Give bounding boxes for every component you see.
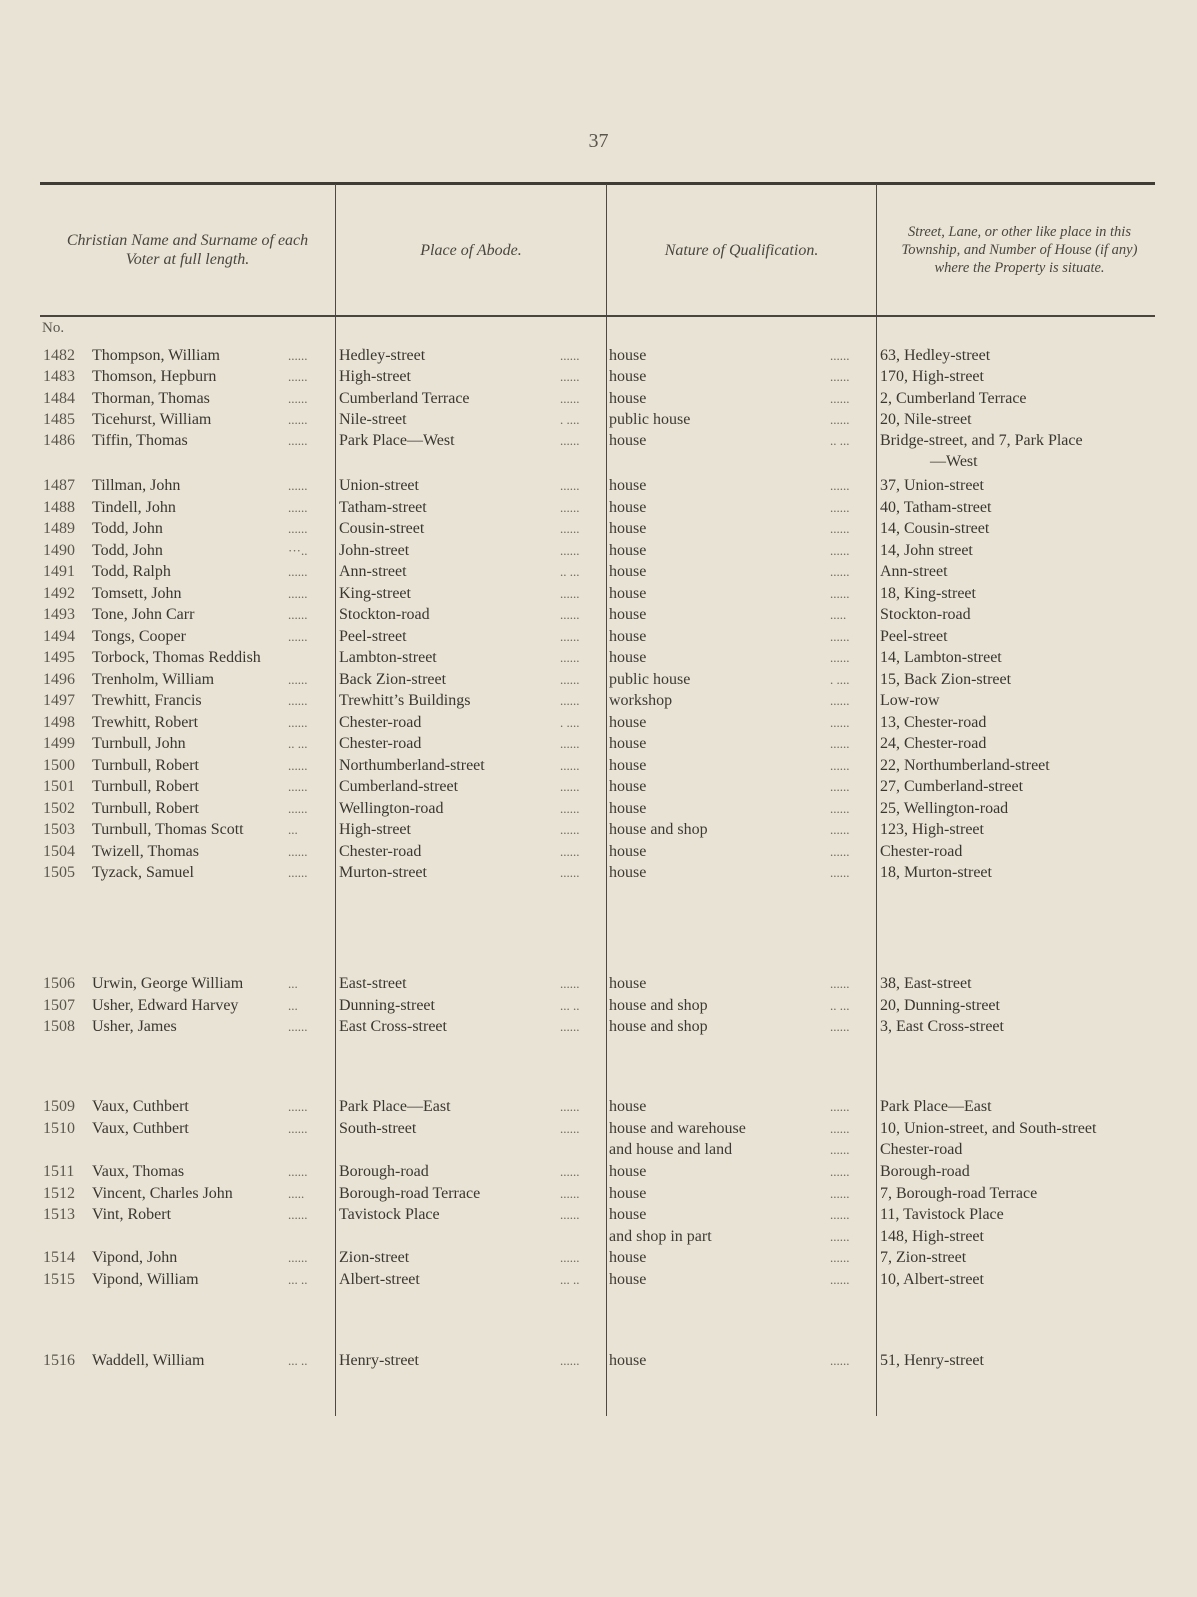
- nature-of-qualification: house: [609, 540, 646, 561]
- voter-number: 1505: [43, 862, 75, 883]
- table-row: 1499Turnbull, John.. ...Chester-road....…: [0, 733, 1197, 754]
- voter-name: Todd, John: [92, 540, 163, 561]
- property-street: 11, Tavistock Place: [880, 1204, 1004, 1225]
- leader-dots: ......: [560, 388, 580, 409]
- number-column-label: No.: [42, 320, 64, 337]
- table-row: and shop in part......148, High-street: [0, 1226, 1197, 1247]
- voter-number: 1512: [43, 1183, 75, 1204]
- leader-dots: ......: [830, 475, 850, 496]
- property-street: 170, High-street: [880, 366, 984, 387]
- leader-dots: ......: [830, 733, 850, 754]
- place-of-abode: Borough-road Terrace: [339, 1183, 480, 1204]
- voter-name: Tindell, John: [92, 497, 176, 518]
- table-row: 1511Vaux, Thomas......Borough-road......…: [0, 1161, 1197, 1182]
- voter-name: Tongs, Cooper: [92, 626, 186, 647]
- voter-number: 1495: [43, 647, 75, 668]
- voter-name: Urwin, George William: [92, 973, 243, 994]
- nature-of-qualification: house: [609, 430, 646, 451]
- property-street: Stockton-road: [880, 604, 971, 625]
- leader-dots: ......: [830, 841, 850, 862]
- table-row: 1498Trewhitt, Robert......Chester-road. …: [0, 712, 1197, 733]
- leader-dots: ......: [288, 475, 308, 496]
- leader-dots: ......: [288, 366, 308, 387]
- leader-dots: ......: [288, 798, 308, 819]
- place-of-abode: Murton-street: [339, 862, 427, 883]
- voter-name: Vincent, Charles John: [92, 1183, 233, 1204]
- property-street: 18, King-street: [880, 583, 976, 604]
- voter-name: Tone, John Carr: [92, 604, 194, 625]
- property-street: 27, Cumberland-street: [880, 776, 1023, 797]
- voter-name: Ticehurst, William: [92, 409, 211, 430]
- property-street: 10, Albert-street: [880, 1269, 984, 1290]
- leader-dots: ......: [560, 430, 580, 451]
- leader-dots: ... ..: [288, 1269, 308, 1290]
- leader-dots: ......: [288, 604, 308, 625]
- voter-name: Tyzack, Samuel: [92, 862, 194, 883]
- nature-of-qualification: house: [609, 561, 646, 582]
- place-of-abode: Trewhitt’s Buildings: [339, 690, 470, 711]
- leader-dots: ......: [560, 540, 580, 561]
- place-of-abode: John-street: [339, 540, 409, 561]
- nature-of-qualification: house: [609, 1096, 646, 1117]
- table-row: 1484Thorman, Thomas......Cumberland Terr…: [0, 388, 1197, 409]
- table-row: 1502Turnbull, Robert......Wellington-roa…: [0, 798, 1197, 819]
- voter-name: Usher, James: [92, 1016, 177, 1037]
- leader-dots: ......: [288, 1247, 308, 1268]
- leader-dots: ......: [560, 776, 580, 797]
- table-row: —West: [0, 451, 1197, 472]
- leader-dots: ......: [560, 366, 580, 387]
- nature-of-qualification: house: [609, 475, 646, 496]
- nature-of-qualification: and house and land: [609, 1139, 732, 1160]
- leader-dots: ......: [830, 647, 850, 668]
- place-of-abode: Hedley-street: [339, 345, 425, 366]
- leader-dots: ......: [830, 626, 850, 647]
- voter-number: 1487: [43, 475, 75, 496]
- nature-of-qualification: house and warehouse: [609, 1118, 746, 1139]
- leader-dots: ......: [830, 409, 850, 430]
- nature-of-qualification: house: [609, 583, 646, 604]
- nature-of-qualification: house: [609, 647, 646, 668]
- leader-dots: ......: [560, 1183, 580, 1204]
- leader-dots: . ....: [560, 409, 580, 430]
- table-row: 1495Torbock, Thomas ReddishLambton-stree…: [0, 647, 1197, 668]
- voter-number: 1509: [43, 1096, 75, 1117]
- table-row: 1497Trewhitt, Francis......Trewhitt’s Bu…: [0, 690, 1197, 711]
- property-street: Low-row: [880, 690, 940, 711]
- nature-of-qualification: house: [609, 1350, 646, 1371]
- nature-of-qualification: house: [609, 345, 646, 366]
- place-of-abode: Wellington-road: [339, 798, 443, 819]
- place-of-abode: Northumberland-street: [339, 755, 485, 776]
- property-street: 38, East-street: [880, 973, 972, 994]
- leader-dots: ......: [288, 1118, 308, 1139]
- place-of-abode: Back Zion-street: [339, 669, 446, 690]
- voter-number: 1516: [43, 1350, 75, 1371]
- voter-name: Vipond, John: [92, 1247, 177, 1268]
- nature-of-qualification: house: [609, 712, 646, 733]
- voter-name: Thompson, William: [92, 345, 220, 366]
- leader-dots: ......: [288, 862, 308, 883]
- leader-dots: ......: [830, 1269, 850, 1290]
- voter-name: Turnbull, Thomas Scott: [92, 819, 244, 840]
- nature-of-qualification: house: [609, 862, 646, 883]
- leader-dots: ......: [830, 1183, 850, 1204]
- leader-dots: ......: [830, 819, 850, 840]
- nature-of-qualification: and shop in part: [609, 1226, 712, 1247]
- property-street: —West: [930, 451, 978, 472]
- voter-number: 1511: [43, 1161, 74, 1182]
- leader-dots: ......: [288, 583, 308, 604]
- leader-dots: ......: [560, 1161, 580, 1182]
- nature-of-qualification: house: [609, 798, 646, 819]
- place-of-abode: Park Place—East: [339, 1096, 451, 1117]
- nature-of-qualification: public house: [609, 669, 690, 690]
- voter-name: Vaux, Cuthbert: [92, 1096, 189, 1117]
- voter-name: Trewhitt, Francis: [92, 690, 202, 711]
- place-of-abode: Nile-street: [339, 409, 407, 430]
- nature-of-qualification: house and shop: [609, 819, 708, 840]
- property-street: 22, Northumberland-street: [880, 755, 1050, 776]
- leader-dots: ......: [830, 973, 850, 994]
- nature-of-qualification: house: [609, 366, 646, 387]
- leader-dots: ......: [830, 388, 850, 409]
- leader-dots: ......: [560, 626, 580, 647]
- property-street: 2, Cumberland Terrace: [880, 388, 1027, 409]
- property-street: 18, Murton-street: [880, 862, 992, 883]
- place-of-abode: King-street: [339, 583, 411, 604]
- table-top-rule: [40, 182, 1155, 185]
- leader-dots: ......: [560, 1350, 580, 1371]
- leader-dots: ......: [288, 388, 308, 409]
- property-street: 14, Lambton-street: [880, 647, 1002, 668]
- voter-number: 1494: [43, 626, 75, 647]
- property-street: 14, John street: [880, 540, 973, 561]
- voter-name: Todd, Ralph: [92, 561, 171, 582]
- property-street: 63, Hedley-street: [880, 345, 990, 366]
- leader-dots: ···..: [288, 540, 308, 561]
- nature-of-qualification: house and shop: [609, 995, 708, 1016]
- voter-number: 1499: [43, 733, 75, 754]
- table-row: 1514Vipond, John......Zion-street......h…: [0, 1247, 1197, 1268]
- table-row: 1492Tomsett, John......King-street......…: [0, 583, 1197, 604]
- place-of-abode: Chester-road: [339, 733, 421, 754]
- leader-dots: ......: [560, 518, 580, 539]
- leader-dots: ......: [288, 755, 308, 776]
- place-of-abode: Stockton-road: [339, 604, 430, 625]
- nature-of-qualification: house: [609, 626, 646, 647]
- voter-number: 1498: [43, 712, 75, 733]
- voter-number: 1485: [43, 409, 75, 430]
- leader-dots: ......: [830, 862, 850, 883]
- header-street: Street, Lane, or other like place in thi…: [877, 186, 1162, 314]
- table-row: 1491Todd, Ralph......Ann-street.. ...hou…: [0, 561, 1197, 582]
- voter-number: 1496: [43, 669, 75, 690]
- property-street: Peel-street: [880, 626, 948, 647]
- nature-of-qualification: house: [609, 1269, 646, 1290]
- place-of-abode: Union-street: [339, 475, 419, 496]
- voter-number: 1506: [43, 973, 75, 994]
- leader-dots: ......: [830, 690, 850, 711]
- header-name: Christian Name and Surname of each Voter…: [40, 186, 335, 314]
- table-row: 1493Tone, John Carr......Stockton-road..…: [0, 604, 1197, 625]
- table-row: 1490Todd, John···..John-street......hous…: [0, 540, 1197, 561]
- table-row: 1506Urwin, George William...East-street.…: [0, 973, 1197, 994]
- property-street: Chester-road: [880, 1139, 962, 1160]
- place-of-abode: South-street: [339, 1118, 416, 1139]
- voter-number: 1507: [43, 995, 75, 1016]
- nature-of-qualification: house: [609, 1161, 646, 1182]
- leader-dots: ......: [560, 862, 580, 883]
- place-of-abode: Tatham-street: [339, 497, 427, 518]
- property-street: Bridge-street, and 7, Park Place: [880, 430, 1083, 451]
- leader-dots: ......: [560, 733, 580, 754]
- leader-dots: ......: [560, 690, 580, 711]
- leader-dots: ......: [288, 669, 308, 690]
- voter-name: Turnbull, Robert: [92, 755, 199, 776]
- leader-dots: ......: [288, 409, 308, 430]
- leader-dots: ...: [288, 995, 298, 1016]
- place-of-abode: Albert-street: [339, 1269, 420, 1290]
- place-of-abode: Chester-road: [339, 841, 421, 862]
- leader-dots: ......: [288, 1204, 308, 1225]
- leader-dots: . ....: [560, 712, 580, 733]
- leader-dots: ......: [560, 1204, 580, 1225]
- leader-dots: ......: [560, 841, 580, 862]
- table-row: 1509Vaux, Cuthbert......Park Place—East.…: [0, 1096, 1197, 1117]
- place-of-abode: Henry-street: [339, 1350, 419, 1371]
- table-row: 1507Usher, Edward Harvey...Dunning-stree…: [0, 995, 1197, 1016]
- property-street: 37, Union-street: [880, 475, 984, 496]
- leader-dots: ......: [830, 1096, 850, 1117]
- place-of-abode: Lambton-street: [339, 647, 437, 668]
- leader-dots: ......: [288, 430, 308, 451]
- property-street: 148, High-street: [880, 1226, 984, 1247]
- property-street: 13, Chester-road: [880, 712, 986, 733]
- table-row: 1516Waddell, William... ..Henry-street..…: [0, 1350, 1197, 1371]
- leader-dots: ......: [830, 497, 850, 518]
- leader-dots: .. ...: [830, 430, 850, 451]
- voter-name: Todd, John: [92, 518, 163, 539]
- table-row: 1501Turnbull, Robert......Cumberland-str…: [0, 776, 1197, 797]
- table-row: 1512Vincent, Charles John.....Borough-ro…: [0, 1183, 1197, 1204]
- leader-dots: ......: [288, 345, 308, 366]
- leader-dots: ......: [288, 497, 308, 518]
- leader-dots: ......: [830, 1016, 850, 1037]
- table-row: 1489Todd, John......Cousin-street......h…: [0, 518, 1197, 539]
- leader-dots: ......: [830, 1161, 850, 1182]
- leader-dots: ......: [560, 497, 580, 518]
- leader-dots: ......: [288, 776, 308, 797]
- leader-dots: ......: [288, 518, 308, 539]
- property-street: 7, Zion-street: [880, 1247, 966, 1268]
- place-of-abode: Park Place—West: [339, 430, 455, 451]
- voter-name: Vaux, Cuthbert: [92, 1118, 189, 1139]
- place-of-abode: Cumberland-street: [339, 776, 458, 797]
- voter-number: 1515: [43, 1269, 75, 1290]
- property-street: 123, High-street: [880, 819, 984, 840]
- voter-number: 1502: [43, 798, 75, 819]
- leader-dots: ......: [830, 1350, 850, 1371]
- leader-dots: ......: [288, 561, 308, 582]
- leader-dots: ......: [560, 755, 580, 776]
- place-of-abode: East-street: [339, 973, 407, 994]
- property-street: Chester-road: [880, 841, 962, 862]
- leader-dots: ......: [830, 1139, 850, 1160]
- place-of-abode: Peel-street: [339, 626, 407, 647]
- voter-number: 1501: [43, 776, 75, 797]
- voter-name: Thomson, Hepburn: [92, 366, 216, 387]
- voter-name: Vint, Robert: [92, 1204, 171, 1225]
- table-row: and house and land......Chester-road: [0, 1139, 1197, 1160]
- voter-name: Usher, Edward Harvey: [92, 995, 238, 1016]
- leader-dots: ......: [830, 1204, 850, 1225]
- voter-number: 1491: [43, 561, 75, 582]
- leader-dots: ...: [288, 973, 298, 994]
- voter-number: 1484: [43, 388, 75, 409]
- leader-dots: ......: [830, 366, 850, 387]
- leader-dots: .....: [830, 604, 846, 625]
- voter-number: 1513: [43, 1204, 75, 1225]
- leader-dots: ......: [560, 1016, 580, 1037]
- header-bottom-rule: [40, 315, 1155, 317]
- leader-dots: ......: [560, 475, 580, 496]
- table-row: 1513Vint, Robert......Tavistock Place...…: [0, 1204, 1197, 1225]
- property-street: 25, Wellington-road: [880, 798, 1008, 819]
- nature-of-qualification: public house: [609, 409, 690, 430]
- place-of-abode: Borough-road: [339, 1161, 429, 1182]
- leader-dots: ......: [560, 604, 580, 625]
- leader-dots: .....: [288, 1183, 304, 1204]
- place-of-abode: Chester-road: [339, 712, 421, 733]
- table-row: 1508Usher, James......East Cross-street.…: [0, 1016, 1197, 1037]
- voter-name: Trewhitt, Robert: [92, 712, 198, 733]
- table-row: 1488Tindell, John......Tatham-street....…: [0, 497, 1197, 518]
- table-row: 1483Thomson, Hepburn......High-street...…: [0, 366, 1197, 387]
- leader-dots: ......: [288, 626, 308, 647]
- leader-dots: .. ...: [830, 995, 850, 1016]
- header-qualification: Nature of Qualification.: [607, 186, 876, 314]
- property-street: Park Place—East: [880, 1096, 992, 1117]
- voter-number: 1508: [43, 1016, 75, 1037]
- voter-number: 1493: [43, 604, 75, 625]
- leader-dots: ......: [288, 1096, 308, 1117]
- voter-name: Turnbull, John: [92, 733, 186, 754]
- table-row: 1494Tongs, Cooper......Peel-street......…: [0, 626, 1197, 647]
- leader-dots: ......: [560, 647, 580, 668]
- table-row: 1487Tillman, John......Union-street.....…: [0, 475, 1197, 496]
- voter-name: Vipond, William: [92, 1269, 199, 1290]
- nature-of-qualification: workshop: [609, 690, 672, 711]
- place-of-abode: Dunning-street: [339, 995, 435, 1016]
- voter-number: 1490: [43, 540, 75, 561]
- leader-dots: ......: [288, 712, 308, 733]
- nature-of-qualification: house: [609, 604, 646, 625]
- property-street: 15, Back Zion-street: [880, 669, 1011, 690]
- property-street: Ann-street: [880, 561, 948, 582]
- leader-dots: ......: [830, 755, 850, 776]
- voter-number: 1510: [43, 1118, 75, 1139]
- voter-name: Waddell, William: [92, 1350, 204, 1371]
- leader-dots: ......: [560, 819, 580, 840]
- property-street: 51, Henry-street: [880, 1350, 984, 1371]
- leader-dots: ......: [560, 1247, 580, 1268]
- leader-dots: .. ...: [560, 561, 580, 582]
- place-of-abode: East Cross-street: [339, 1016, 447, 1037]
- nature-of-qualification: house: [609, 973, 646, 994]
- table-row: 1485Ticehurst, William......Nile-street.…: [0, 409, 1197, 430]
- table-row: 1496Trenholm, William......Back Zion-str…: [0, 669, 1197, 690]
- property-street: 40, Tatham-street: [880, 497, 991, 518]
- leader-dots: ... ..: [560, 995, 580, 1016]
- table-row: 1500Turnbull, Robert......Northumberland…: [0, 755, 1197, 776]
- leader-dots: ......: [288, 1161, 308, 1182]
- place-of-abode: Cumberland Terrace: [339, 388, 470, 409]
- nature-of-qualification: house: [609, 1183, 646, 1204]
- property-street: 3, East Cross-street: [880, 1016, 1004, 1037]
- place-of-abode: Cousin-street: [339, 518, 424, 539]
- voter-number: 1483: [43, 366, 75, 387]
- table-row: 1505Tyzack, Samuel......Murton-street...…: [0, 862, 1197, 883]
- property-street: Borough-road: [880, 1161, 970, 1182]
- table-row: 1482Thompson, William......Hedley-street…: [0, 345, 1197, 366]
- voter-number: 1503: [43, 819, 75, 840]
- leader-dots: ......: [830, 518, 850, 539]
- leader-dots: ......: [288, 1016, 308, 1037]
- nature-of-qualification: house: [609, 388, 646, 409]
- leader-dots: ......: [288, 841, 308, 862]
- leader-dots: ......: [560, 1118, 580, 1139]
- leader-dots: ......: [830, 1118, 850, 1139]
- voter-name: Vaux, Thomas: [92, 1161, 184, 1182]
- place-of-abode: Tavistock Place: [339, 1204, 440, 1225]
- header-abode: Place of Abode.: [336, 186, 606, 314]
- leader-dots: ......: [560, 973, 580, 994]
- page-number: 37: [0, 130, 1197, 153]
- voter-number: 1489: [43, 518, 75, 539]
- table-row: 1515Vipond, William... ..Albert-street..…: [0, 1269, 1197, 1290]
- voter-name: Tiffin, Thomas: [92, 430, 188, 451]
- leader-dots: ......: [830, 712, 850, 733]
- table-row: 1510Vaux, Cuthbert......South-street....…: [0, 1118, 1197, 1139]
- nature-of-qualification: house: [609, 497, 646, 518]
- nature-of-qualification: house: [609, 1204, 646, 1225]
- voter-number: 1492: [43, 583, 75, 604]
- leader-dots: ... ..: [560, 1269, 580, 1290]
- leader-dots: ......: [288, 690, 308, 711]
- voter-name: Turnbull, Robert: [92, 776, 199, 797]
- leader-dots: ...: [288, 819, 298, 840]
- leader-dots: ......: [830, 1247, 850, 1268]
- voter-name: Torbock, Thomas Reddish: [92, 647, 261, 668]
- leader-dots: ......: [830, 561, 850, 582]
- leader-dots: ... ..: [288, 1350, 308, 1371]
- voter-name: Thorman, Thomas: [92, 388, 210, 409]
- nature-of-qualification: house and shop: [609, 1016, 708, 1037]
- voter-number: 1504: [43, 841, 75, 862]
- nature-of-qualification: house: [609, 755, 646, 776]
- place-of-abode: Ann-street: [339, 561, 407, 582]
- voter-name: Turnbull, Robert: [92, 798, 199, 819]
- leader-dots: . ....: [830, 669, 850, 690]
- nature-of-qualification: house: [609, 841, 646, 862]
- property-street: 10, Union-street, and South-street: [880, 1118, 1096, 1139]
- place-of-abode: High-street: [339, 366, 411, 387]
- leader-dots: ......: [830, 540, 850, 561]
- leader-dots: ......: [560, 583, 580, 604]
- leader-dots: ......: [560, 669, 580, 690]
- place-of-abode: High-street: [339, 819, 411, 840]
